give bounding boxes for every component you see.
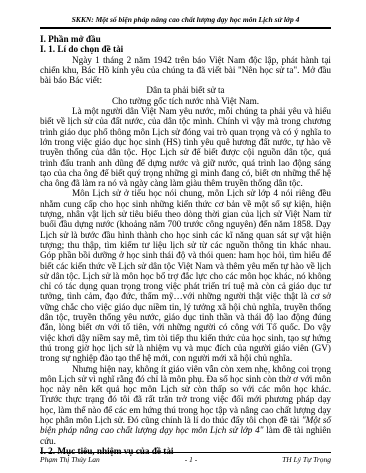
footer-page-number: - 1 - — [185, 455, 198, 464]
paragraph-patriotism: Là một người dân Việt Nam yêu nước, mỗi … — [40, 106, 331, 188]
paragraph-problem-text: Nhưng hiện nay, không ít giáo viên vẫn c… — [40, 364, 331, 425]
paragraph-problem: Nhưng hiện nay, không ít giáo viên vẫn c… — [40, 364, 331, 446]
section-heading-part-1: I. Phần mở đầu — [40, 34, 331, 44]
footer-author-name: Phạm Thị Thúy Lan — [40, 455, 100, 464]
page-header: SKKN: Một số biện pháp nâng cao chất lượ… — [40, 15, 331, 29]
footer-school-name: TH Lý Tự Trọng — [282, 455, 331, 464]
header-running-title: SKKN: Một số biện pháp nâng cao chất lượ… — [72, 15, 300, 24]
verse-line-1: Dân ta phải biết sử ta — [40, 85, 331, 95]
paragraph-intro: Ngày 1 tháng 2 năm 1942 trên báo Việt Na… — [40, 55, 331, 86]
paragraph-subject-role: Môn Lịch sử ở tiểu học nói chung, môn Lị… — [40, 188, 331, 363]
verse-line-2: Cho tường gốc tích nước nhà Việt Nam. — [40, 96, 331, 106]
section-heading-reason: I. 1. Lí do chọn đề tài — [40, 44, 331, 54]
page-footer: Phạm Thị Thúy Lan - 1 - TH Lý Tự Trọng — [40, 452, 331, 464]
document-page: SKKN: Một số biện pháp nâng cao chất lượ… — [0, 0, 366, 473]
document-body: I. Phần mở đầu I. 1. Lí do chọn đề tài N… — [40, 34, 331, 456]
